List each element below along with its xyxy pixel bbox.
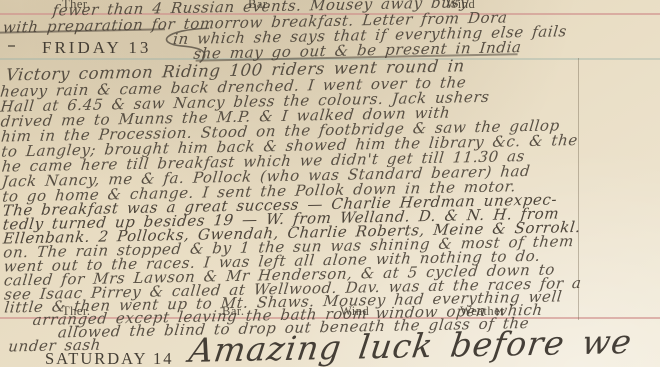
handwriting-layer: Amazing luck before we fewer than 4 Russ… [0, 0, 660, 367]
diary-page: Ther.Bar.Wind FRIDAY 13 Ther.Bar.WindWea… [0, 0, 660, 367]
handwriting-line: under sash [7, 336, 102, 356]
